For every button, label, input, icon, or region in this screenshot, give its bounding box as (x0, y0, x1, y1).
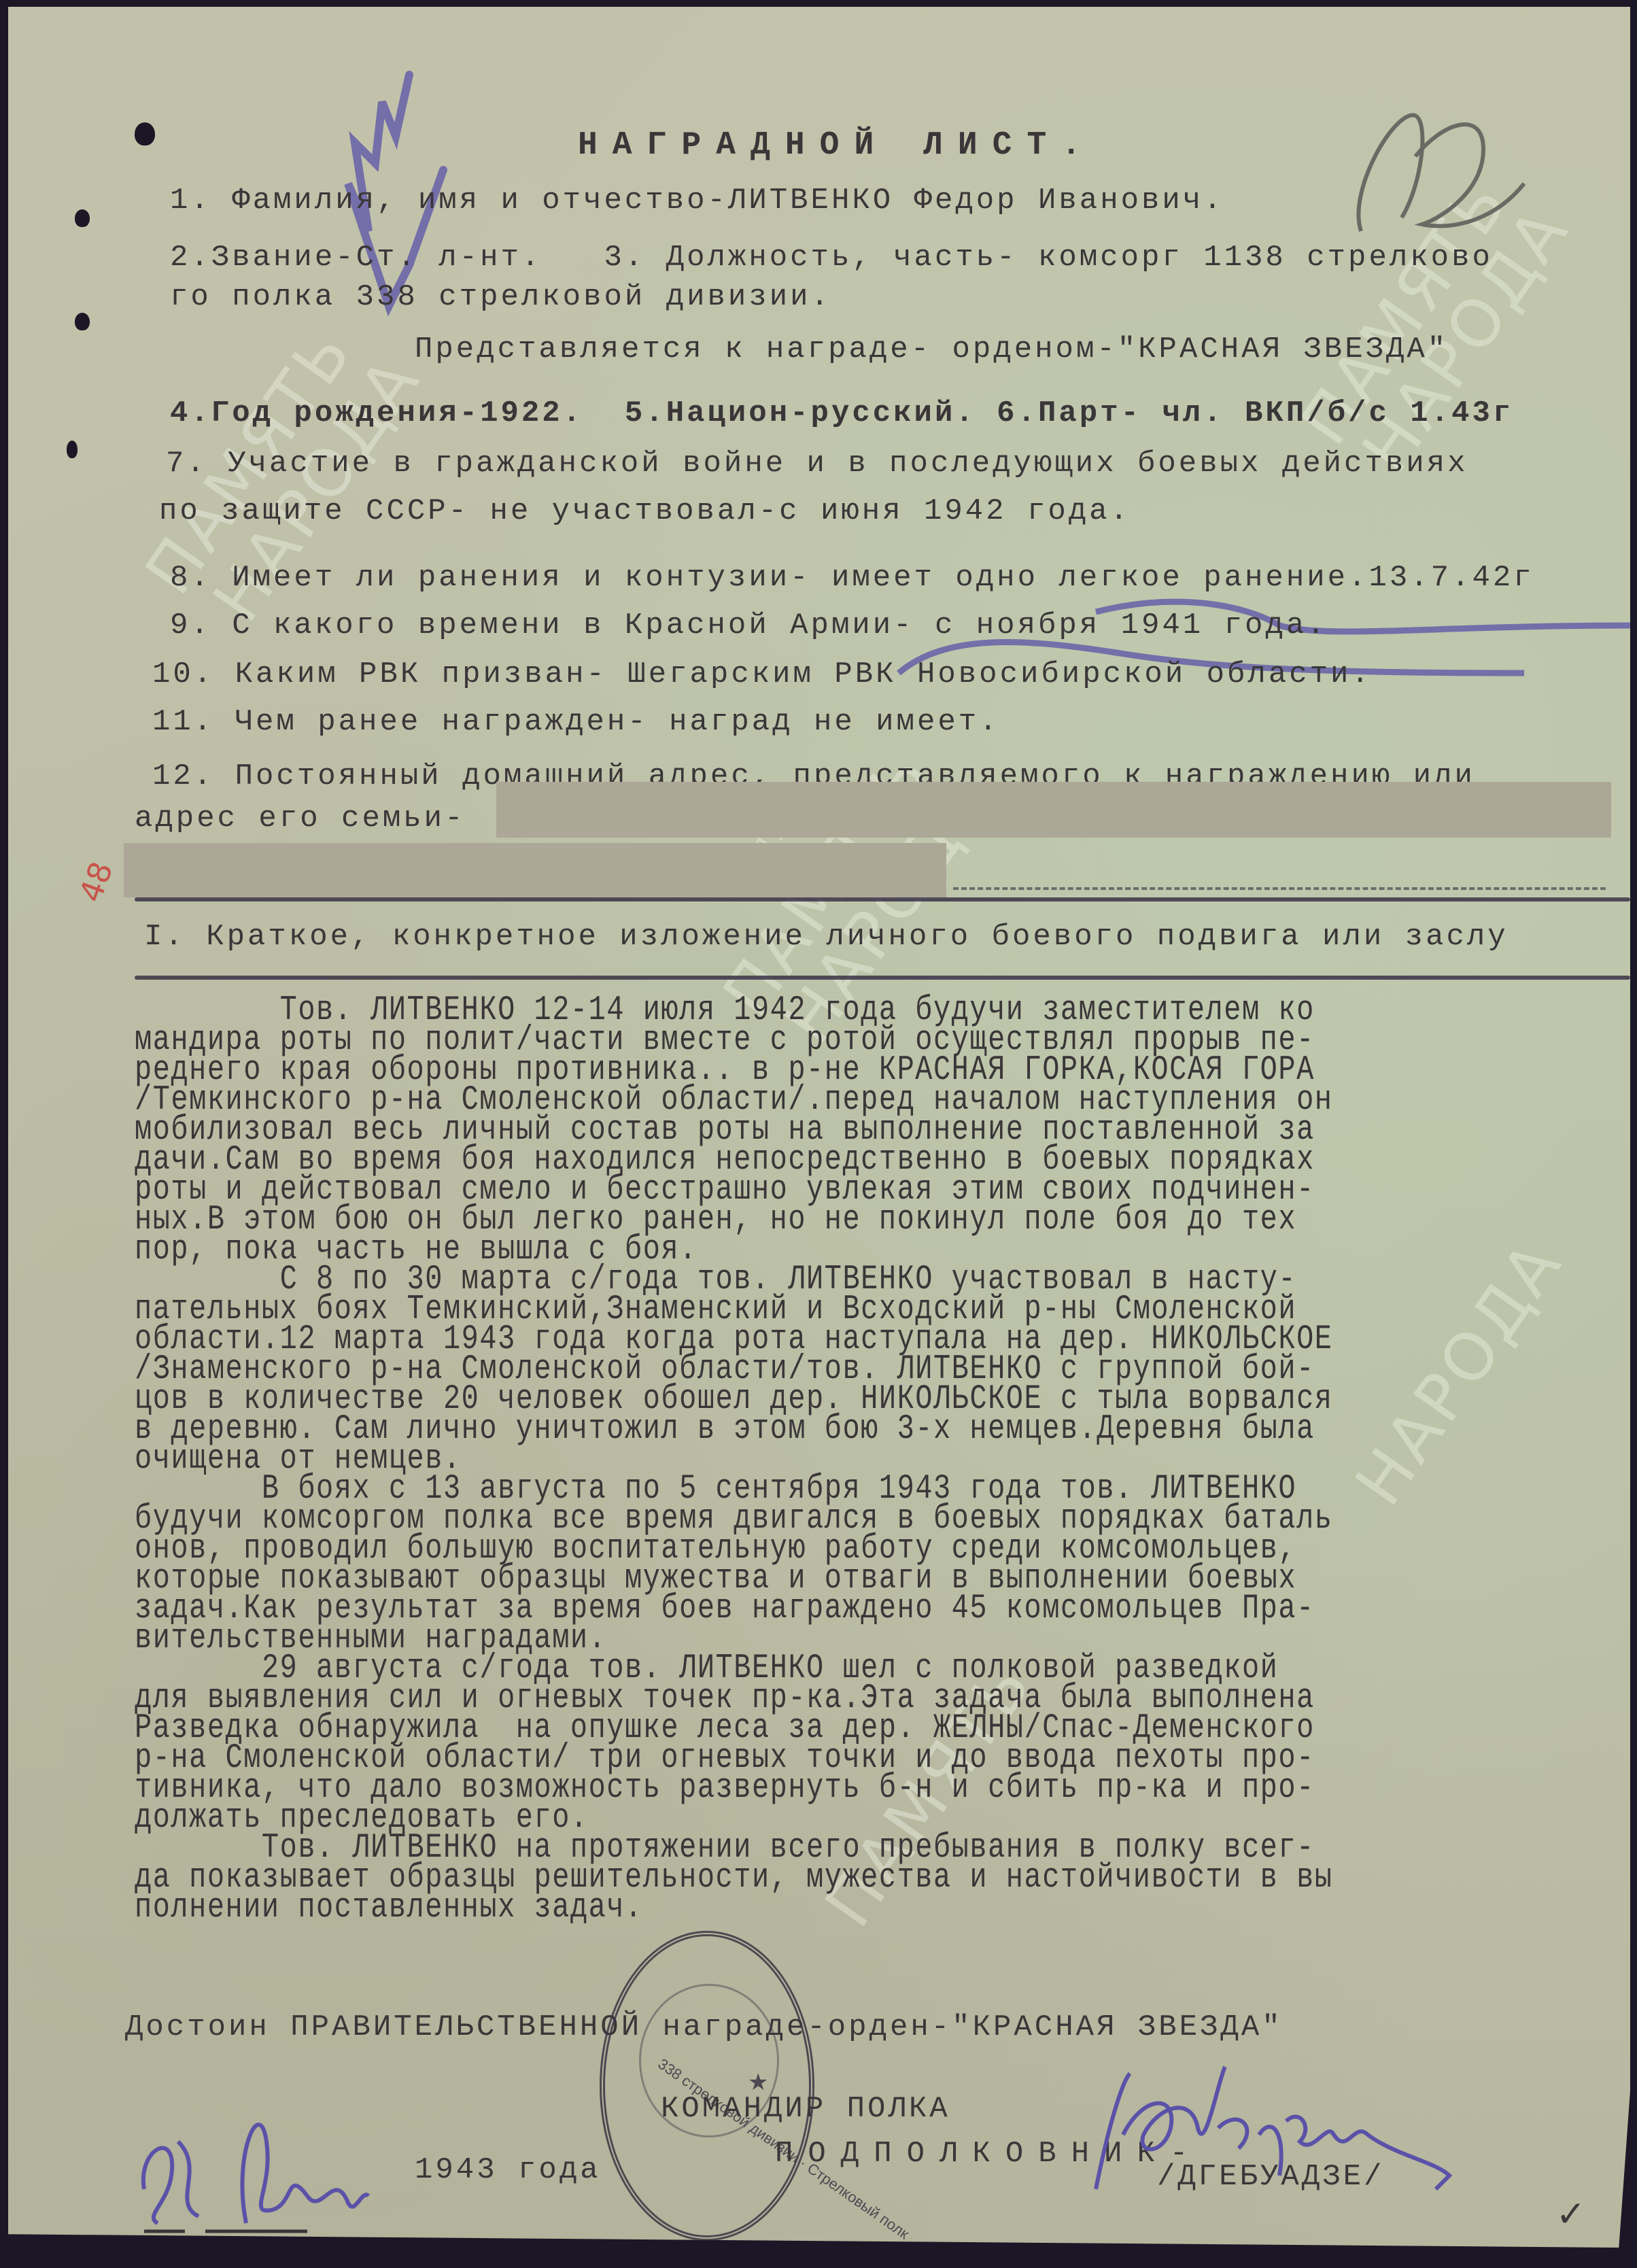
document-title: НАГРАДНОЙ ЛИСТ. (578, 129, 1096, 162)
field-rank-position: 2.Звание-Ст. л-нт. 3. Должность, часть- … (170, 243, 1493, 273)
field-birth-nationality-party: 4.Год рождения-1922. 5.Национ-русский. 6… (170, 398, 1513, 428)
field-civil-war-participation: 7. Участие в гражданской войне и в после… (166, 449, 1468, 479)
commander-role: КОМАНДИР ПОЛКА (661, 2094, 950, 2124)
field-drafted-by: 10. Каким РВК призван- Шегарским РВК Нов… (152, 659, 1372, 689)
commander-name: /ДГЕБУАДЗЕ/ (1157, 2162, 1384, 2192)
checkmark-icon: ✓ (1558, 2189, 1583, 2239)
redacted-address (124, 843, 946, 897)
binder-hole (67, 441, 77, 458)
section-header-feat: I. Краткое, конкретное изложение личного… (144, 922, 1509, 952)
field-previous-awards: 11. Чем ранее награжден- наград не имеет… (152, 707, 1000, 737)
field-full-name: 1. Фамилия, имя и отчество-ЛИТВЕНКО Федо… (170, 186, 1224, 216)
field-civil-war-participation-cont: по защите СССР- не участвовал-с июня 194… (159, 496, 1131, 526)
field-wounds: 8. Имеет ли ранения и контузии- имеет од… (170, 563, 1534, 593)
dashed-line (953, 887, 1606, 893)
watermark-pamyat-naroda: НАРОДА (1341, 1226, 1578, 1519)
field-home-address-cont: адрес его семьи- (135, 804, 465, 834)
field-army-since: 9. С какого времени в Красной Армии- с н… (170, 611, 1328, 640)
handwritten-date (131, 2087, 416, 2237)
regiment-stamp: ★ 338 стрелковой дивизии · Стрелковый по… (600, 1931, 814, 2241)
signature-year: 1943 года (415, 2155, 601, 2185)
award-sheet-paper: ПАМЯТЬ НАРОДА ПАМЯТЬ НАРОДА 1941 ПАМЯТЬ … (8, 7, 1630, 2248)
horizontal-rule (135, 897, 1630, 901)
nomination-line: Представляется к награде- орденом-"КРАСН… (415, 334, 1448, 364)
horizontal-rule (135, 976, 1630, 980)
archive-number-handwritten (1320, 82, 1551, 258)
binder-hole (75, 313, 90, 330)
binder-hole (135, 122, 155, 145)
red-margin-note: 48 (72, 857, 120, 906)
narrative-line: полнении поставленных задач. (135, 1890, 643, 1925)
field-regiment: го полка 338 стрелковой дивизии. (170, 282, 831, 312)
binder-hole (75, 209, 90, 227)
redacted-address (496, 782, 1611, 838)
